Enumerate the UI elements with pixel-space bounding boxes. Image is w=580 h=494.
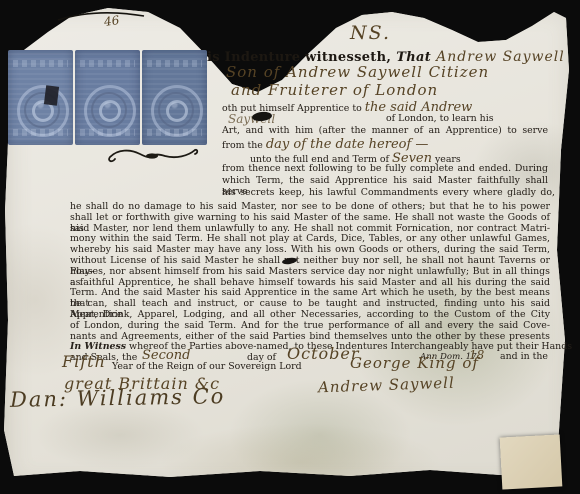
print-text: from the [222, 140, 263, 151]
stamp-inscription-band [13, 129, 68, 136]
duty-stamp-icon [142, 50, 207, 145]
stamp-inscription-band [80, 60, 135, 67]
king-name: George King of [350, 354, 479, 372]
photograph-of-indenture: 46 NS. is Indenture [0, 0, 580, 494]
regnal-year: Fifth [62, 352, 106, 371]
stamp-inscription-band [147, 60, 202, 67]
stamp-rosette [166, 100, 188, 122]
stamp-rosette [99, 100, 121, 122]
handwritten-line: Son of Andrew Saywell Citizen [226, 63, 489, 81]
handwritten-line: and Fruiterer of London [231, 81, 438, 99]
duty-stamp-icon [75, 50, 140, 145]
signature-dan-williams: Dan: Williams Co [10, 384, 226, 412]
printers-flourish-icon [104, 144, 200, 164]
print-line: of London, to learn his [386, 114, 494, 125]
print-line: his secrets keep, his lawful Commandment… [222, 188, 555, 199]
print-line: Art, and with him (after the manner of a… [222, 126, 548, 137]
top-monogram: NS. [350, 22, 391, 44]
duty-stamps-row [8, 50, 207, 145]
corner-scribble: 46 [103, 13, 120, 29]
print-line: of London, during the said Term. And for… [70, 321, 550, 332]
pen-stroke-mark [56, 6, 148, 24]
in-witness: In Witness [70, 341, 126, 352]
paper-tag [500, 434, 563, 489]
stamp-inscription-band [13, 60, 68, 67]
duty-stamp-icon [8, 50, 73, 145]
print-text: Year of the Reign of our Sovereign Lord [112, 362, 302, 373]
stamp-inscription-band [147, 129, 202, 136]
cancel-mark [44, 85, 59, 105]
term-start: day of the date hereof — [266, 137, 429, 152]
print-text: and in the [500, 352, 548, 363]
stamp-inscription-band [80, 129, 135, 136]
print-line: from thence next following to be fully c… [222, 164, 548, 175]
